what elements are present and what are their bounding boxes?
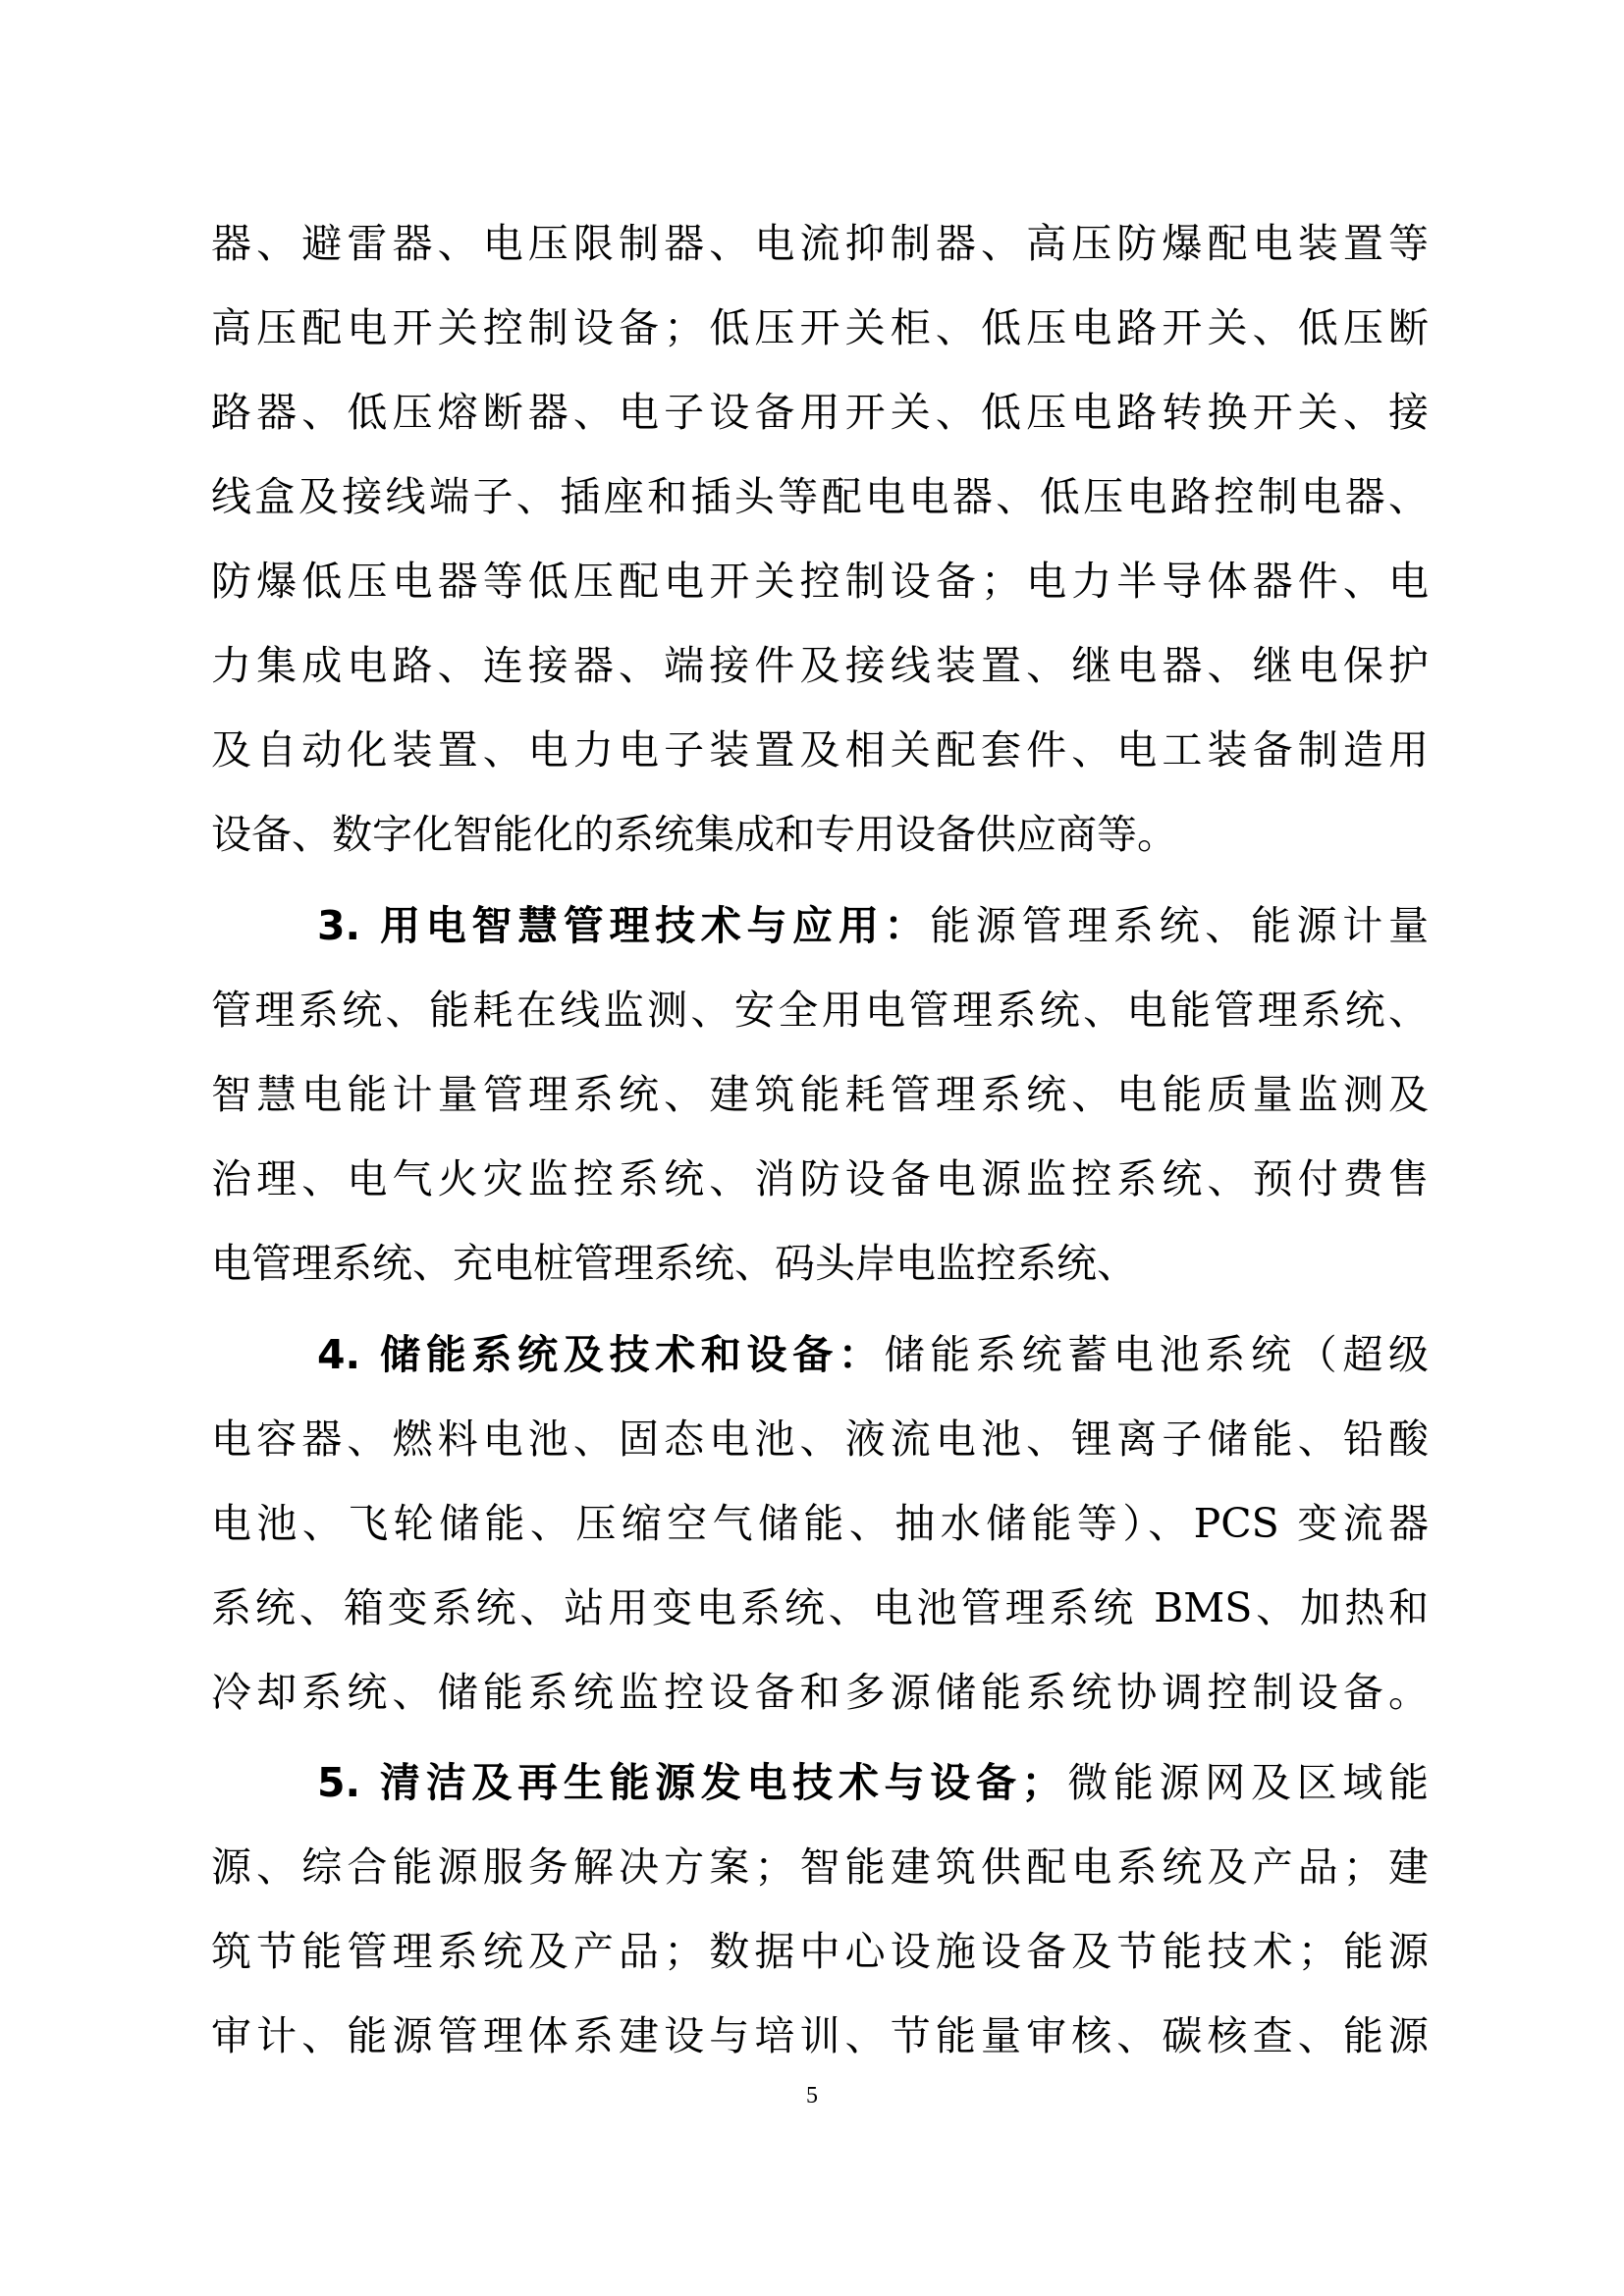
section-5-heading: 5. 清洁及再生能源发电技术与设备； [317, 1759, 1062, 1806]
paragraph-line: 管理系统、能耗在线监测、安全用电管理系统、电能管理系统、 [211, 985, 1429, 1036]
paragraph-line: 高压配电开关控制设备；低压开关柜、低压电路开关、低压断 [211, 302, 1429, 353]
paragraph-line: 电容器、燃料电池、固态电池、液流电池、锂离子储能、铅酸 [211, 1414, 1429, 1465]
document-page: 器、避雷器、电压限制器、电流抑制器、高压防爆配电装置等 高压配电开关控制设备；低… [0, 0, 1624, 2296]
section-3-heading: 3. 用电智慧管理技术与应用： [317, 902, 930, 949]
paragraph-line: 电池、飞轮储能、压缩空气储能、抽水储能等）、PCS 变流器 [211, 1498, 1429, 1549]
paragraph-line: 及自动化装置、电力电子装置及相关配套件、电工装备制造用 [211, 724, 1429, 775]
page-number: 5 [0, 2083, 1624, 2109]
section-5-first-text: 微能源网及区域能 [1062, 1759, 1429, 1806]
section-5-first-line: 5. 清洁及再生能源发电技术与设备；微能源网及区域能 [317, 1757, 1429, 1808]
paragraph-line: 器、避雷器、电压限制器、电流抑制器、高压防爆配电装置等 [211, 218, 1429, 269]
paragraph-line: 设备、数字化智能化的系统集成和专用设备供应商等。 [211, 809, 1429, 860]
section-4-first-line: 4. 储能系统及技术和设备：储能系统蓄电池系统（超级 [317, 1329, 1429, 1380]
section-3-first-line: 3. 用电智慧管理技术与应用：能源管理系统、能源计量 [317, 900, 1429, 951]
paragraph-line: 冷却系统、储能系统监控设备和多源储能系统协调控制设备。 [211, 1667, 1429, 1718]
paragraph-line: 路器、低压熔断器、电子设备用开关、低压电路转换开关、接 [211, 387, 1429, 438]
paragraph-line: 源、综合能源服务解决方案；智能建筑供配电系统及产品；建 [211, 1842, 1429, 1893]
paragraph-line: 审计、能源管理体系建设与培训、节能量审核、碳核查、能源 [211, 2010, 1429, 2061]
section-4-heading: 4. 储能系统及技术和设备： [317, 1331, 885, 1378]
paragraph-line: 力集成电路、连接器、端接件及接线装置、继电器、继电保护 [211, 640, 1429, 691]
paragraph-line: 治理、电气火灾监控系统、消防设备电源监控系统、预付费售 [211, 1153, 1429, 1204]
paragraph-line: 电管理系统、充电桩管理系统、码头岸电监控系统、 [211, 1238, 1429, 1289]
paragraph-line: 防爆低压电器等低压配电开关控制设备；电力半导体器件、电 [211, 556, 1429, 607]
paragraph-line: 线盒及接线端子、插座和插头等配电电器、低压电路控制电器、 [211, 471, 1429, 522]
section-4-first-text: 储能系统蓄电池系统（超级 [885, 1331, 1429, 1378]
section-3-first-text: 能源管理系统、能源计量 [930, 902, 1429, 949]
paragraph-line: 筑节能管理系统及产品；数据中心设施设备及节能技术；能源 [211, 1926, 1429, 1977]
paragraph-line: 系统、箱变系统、站用变电系统、电池管理系统 BMS、加热和 [211, 1582, 1429, 1633]
paragraph-line: 智慧电能计量管理系统、建筑能耗管理系统、电能质量监测及 [211, 1069, 1429, 1120]
